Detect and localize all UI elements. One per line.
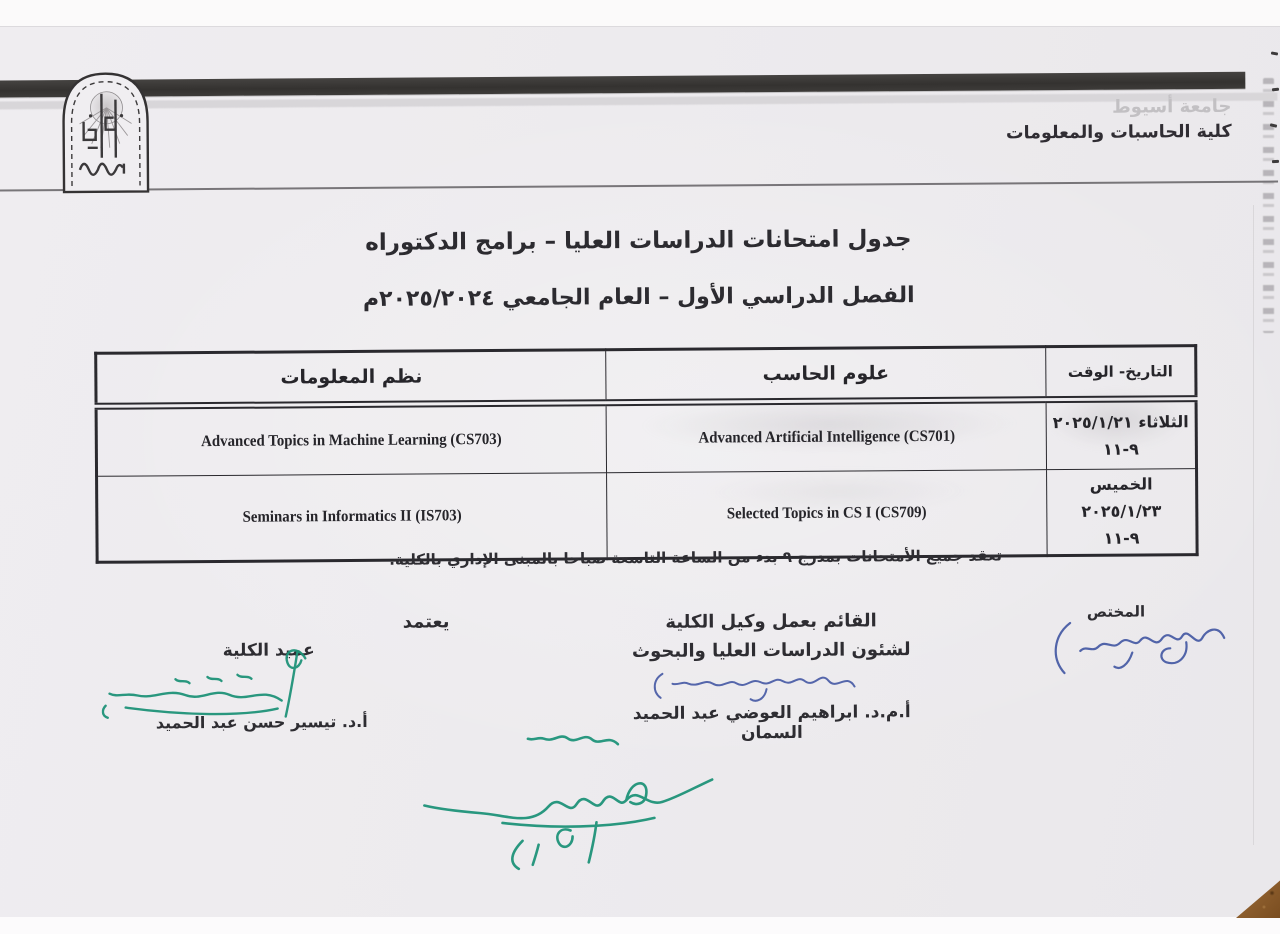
vice-dean-role-line1: القائم بعمل وكيل الكلية (601, 610, 941, 633)
assiut-university-logo-icon (53, 51, 158, 194)
stamp-signature (410, 721, 731, 873)
letterhead: جامعة أسيوط كلية الحاسبات والمعلومات (1006, 94, 1232, 147)
scan-bottom-edge (0, 917, 1280, 934)
dean-name: أ.د. تيسير حسن عبد الحميد (142, 712, 382, 733)
scanned-exam-schedule-page: جامعة أسيوط كلية الحاسبات والمعلومات جدو… (0, 0, 1280, 934)
table-header-row: التاريخ- الوقت علوم الحاسب نظم المعلومات (96, 346, 1196, 407)
vice-dean-signature (646, 664, 866, 708)
page-content: جامعة أسيوط كلية الحاسبات والمعلومات جدو… (0, 0, 1280, 934)
scan-edge-line (1253, 205, 1254, 845)
exam-date: الثلاثاء ٢٠٢٥/١/٢١ (1048, 408, 1194, 436)
course-name: Advanced Artificial Intelligence (CS701) (698, 428, 955, 448)
schedule-subtitle: الفصل الدراسي الأول – العام الجامعي ٢٠٢٥… (0, 281, 1279, 315)
exam-date-cell: الثلاثاء ٢٠٢٥/١/٢١ ٩-١١ (1046, 399, 1196, 470)
faculty-name: كلية الحاسبات والمعلومات (1006, 120, 1232, 147)
column-header-date-time: التاريخ- الوقت (1046, 346, 1196, 400)
approval-label: يعتمد (361, 611, 491, 633)
course-name: Seminars in Informatics II (IS703) (243, 507, 462, 527)
header-divider-line (0, 181, 1278, 192)
exam-time: ٩-١١ (1048, 435, 1194, 463)
is-course-cell: Advanced Topics in Machine Learning (CS7… (96, 403, 606, 477)
cs-course-cell: Advanced Artificial Intelligence (CS701) (606, 400, 1046, 473)
course-name: Advanced Topics in Machine Learning (CS7… (201, 431, 502, 451)
exam-schedule-table: التاريخ- الوقت علوم الحاسب نظم المعلومات… (94, 344, 1198, 563)
cs-course-cell: Selected Topics in CS I (CS709) (607, 470, 1048, 559)
vice-dean-role-line2: لشئون الدراسات العليا والبحوث (601, 639, 941, 662)
scan-edge-artifact (1263, 78, 1274, 333)
column-header-information-systems: نظم المعلومات (96, 350, 606, 407)
schedule-title: جدول امتحانات الدراسات العليا – برامج ال… (0, 224, 1278, 259)
course-name: Selected Topics in CS I (CS709) (727, 504, 927, 523)
column-header-computer-science: علوم الحاسب (606, 347, 1046, 403)
table-row: الثلاثاء ٢٠٢٥/١/٢١ ٩-١١ Advanced Artific… (96, 399, 1196, 477)
university-name: جامعة أسيوط (1006, 94, 1232, 122)
exam-date: الخميس ٢٠٢٥/١/٢٣ (1048, 470, 1194, 525)
exam-date-cell: الخميس ٢٠٢٥/١/٢٣ ٩-١١ (1047, 469, 1198, 556)
scan-edge-mark (1272, 160, 1279, 163)
is-course-cell: Seminars in Informatics II (IS703) (97, 473, 608, 562)
specialist-signature (1036, 608, 1237, 687)
